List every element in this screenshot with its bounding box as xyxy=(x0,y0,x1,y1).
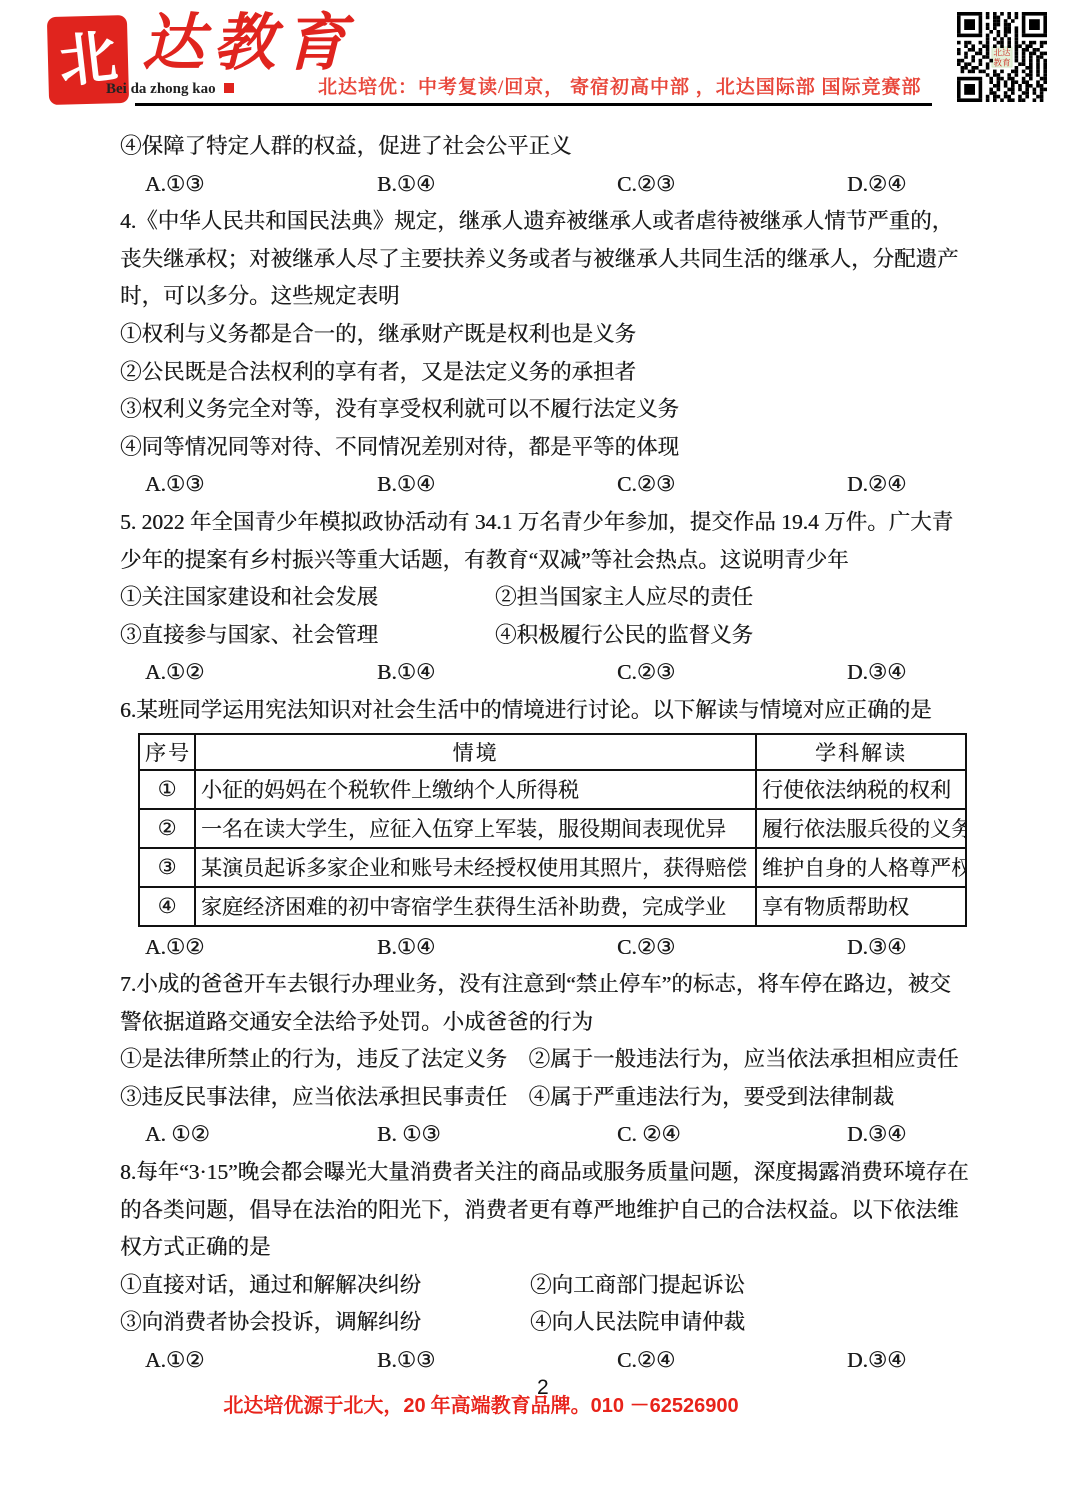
q8-stem: 8.每年“3·15”晚会都会曝光大量消费者关注的商品或服务质量问题，深度揭露消费… xyxy=(120,1154,970,1267)
row3-interpretation: 维护自身的人格尊严权 xyxy=(756,848,966,887)
q6-answer-c: C.②③ xyxy=(617,929,675,967)
table-row: ① 小征的妈妈在个税软件上缴纳个人所得税 行使依法纳税的权利 xyxy=(139,770,966,809)
q7-answer-d: D.③④ xyxy=(847,1116,906,1154)
q8-option-2: ②向工商部门提起诉讼 xyxy=(530,1267,745,1305)
q4-answer-a: A.①③ xyxy=(145,466,204,504)
q4-answer-b: B.①④ xyxy=(377,466,435,504)
q5-options-row-1: ①关注国家建设和社会发展 ②担当国家主人应尽的责任 xyxy=(120,579,970,617)
q5-answer-c: C.②③ xyxy=(617,654,675,692)
q7-answer-b: B. ①③ xyxy=(377,1116,441,1154)
row2-index: ② xyxy=(139,809,195,848)
q4-option-2: ②公民既是合法权利的享有者，又是法定义务的承担者 xyxy=(120,354,970,392)
q4-answer-d: D.②④ xyxy=(847,466,906,504)
exam-page: 北 达教育 Bei da zhong kao 北达培优：中考复读/回京， 寄宿初… xyxy=(0,0,1087,1512)
q4-option-3: ③权利义务完全对等，没有享受权利就可以不履行法定义务 xyxy=(120,391,970,429)
q3-answer-row: A.①③ B.①④ C.②③ D.②④ xyxy=(120,166,970,204)
row3-index: ③ xyxy=(139,848,195,887)
footer-phone: 010 －62526900 xyxy=(591,1395,739,1417)
q8-option-4: ④向人民法院申请仲裁 xyxy=(530,1304,745,1342)
q5-option-4: ④积极履行公民的监督义务 xyxy=(495,617,753,655)
q7-answer-a: A. ①② xyxy=(145,1116,210,1154)
q5-answer-row: A.①② B.①④ C.②③ D.③④ xyxy=(120,654,970,692)
q8-answer-c: C.②④ xyxy=(617,1342,675,1380)
row2-interpretation: 履行依法服兵役的义务 xyxy=(756,809,966,848)
q5-answer-a: A.①② xyxy=(145,654,204,692)
q5-option-3: ③直接参与国家、社会管理 xyxy=(120,623,378,647)
q8-options-row-2: ③向消费者协会投诉，调解纠纷 ④向人民法院申请仲裁 xyxy=(120,1304,970,1342)
table-row: ④ 家庭经济困难的初中寄宿学生获得生活补助费，完成学业 享有物质帮助权 xyxy=(139,887,966,926)
q5-answer-d: D.③④ xyxy=(847,654,906,692)
q7-options-row-1: ①是法律所禁止的行为，违反了法定义务 ②属于一般违法行为，应当依法承担相应责任 xyxy=(120,1041,970,1079)
q6-answer-d: D.③④ xyxy=(847,929,906,967)
q6-answer-b: B.①④ xyxy=(377,929,435,967)
q4-option-4: ④同等情况同等对待、不同情况差别对待，都是平等的体现 xyxy=(120,429,970,467)
q5-option-1: ①关注国家建设和社会发展 xyxy=(120,585,378,609)
q5-stem: 5. 2022 年全国青少年模拟政协活动有 34.1 万名青少年参加，提交作品 … xyxy=(120,504,970,579)
qr-code: 北达 教育 xyxy=(957,12,1047,102)
table-header-interpretation: 学科解读 xyxy=(756,734,966,770)
qr-center-label-line2: 教育 xyxy=(993,56,1011,67)
row2-situation: 一名在读大学生，应征入伍穿上军装，服役期间表现优异 xyxy=(195,809,756,848)
row1-interpretation: 行使依法纳税的权利 xyxy=(756,770,966,809)
table-header-row: 序号 情境 学科解读 xyxy=(139,734,966,770)
q7-stem: 7.小成的爸爸开车去银行办理业务，没有注意到“禁止停车”的标志，将车停在路边，被… xyxy=(120,966,970,1041)
question-area: ④保障了特定人群的权益，促进了社会公平正义 A.①③ B.①④ C.②③ D.②… xyxy=(120,128,970,1380)
q6-situation-table: 序号 情境 学科解读 ① 小征的妈妈在个税软件上缴纳个人所得税 行使依法纳税的权… xyxy=(138,733,967,927)
row4-interpretation: 享有物质帮助权 xyxy=(756,887,966,926)
q6-answer-a: A.①② xyxy=(145,929,204,967)
q5-options-row-2: ③直接参与国家、社会管理 ④积极履行公民的监督义务 xyxy=(120,617,970,655)
q3-answer-b: B.①④ xyxy=(377,166,435,204)
q4-answer-row: A.①③ B.①④ C.②③ D.②④ xyxy=(120,466,970,504)
q4-stem: 4.《中华人民共和国民法典》规定，继承人遗弃被继承人或者虐待被继承人情节严重的，… xyxy=(120,203,970,316)
brand-subtitle: Bei da zhong kao xyxy=(106,81,234,98)
row4-situation: 家庭经济困难的初中寄宿学生获得生活补助费，完成学业 xyxy=(195,887,756,926)
q3-option-4: ④保障了特定人群的权益，促进了社会公平正义 xyxy=(120,128,970,166)
table-header-situation: 情境 xyxy=(195,734,756,770)
q4-answer-c: C.②③ xyxy=(617,466,675,504)
q8-answer-a: A.①② xyxy=(145,1342,204,1380)
q4-option-1: ①权利与义务都是合一的，继承财产既是权利也是义务 xyxy=(120,316,970,354)
q8-answer-row: A.①② B.①③ C.②④ D.③④ xyxy=(120,1342,970,1380)
table-row: ③ 某演员起诉多家企业和账号未经授权使用其照片，获得赔偿 维护自身的人格尊严权 xyxy=(139,848,966,887)
q5-option-2: ②担当国家主人应尽的责任 xyxy=(495,579,753,617)
q8-options-row-1: ①直接对话，通过和解解决纠纷 ②向工商部门提起诉讼 xyxy=(120,1267,970,1305)
q7-answer-row: A. ①② B. ①③ C. ②④ D.③④ xyxy=(120,1116,970,1154)
q3-answer-c: C.②③ xyxy=(617,166,675,204)
q7-answer-c: C. ②④ xyxy=(617,1116,681,1154)
table-row: ② 一名在读大学生，应征入伍穿上军装，服役期间表现优异 履行依法服兵役的义务 xyxy=(139,809,966,848)
q8-option-3: ③向消费者协会投诉，调解纠纷 xyxy=(120,1310,421,1334)
q8-answer-d: D.③④ xyxy=(847,1342,906,1380)
red-square-icon xyxy=(224,83,234,93)
footer-slogan: 北达培优源于北大，20 年高端教育品牌。010 －62526900 xyxy=(0,1389,1087,1418)
q6-stem: 6.某班同学运用宪法知识对社会生活中的情境进行讨论。以下解读与情境对应正确的是 xyxy=(120,692,970,730)
table-header-index: 序号 xyxy=(139,734,195,770)
q7-options-row-2: ③违反民事法律，应当依法承担民事责任 ④属于严重违法行为，要受到法律制裁 xyxy=(120,1079,970,1117)
row3-situation: 某演员起诉多家企业和账号未经授权使用其照片，获得赔偿 xyxy=(195,848,756,887)
q3-answer-d: D.②④ xyxy=(847,166,906,204)
q3-answer-a: A.①③ xyxy=(145,166,204,204)
q5-answer-b: B.①④ xyxy=(377,654,435,692)
row4-index: ④ xyxy=(139,887,195,926)
footer-text-1: 北达培优源于北大， xyxy=(223,1395,403,1417)
row1-situation: 小征的妈妈在个税软件上缴纳个人所得税 xyxy=(195,770,756,809)
q8-answer-b: B.①③ xyxy=(377,1342,435,1380)
q6-answer-row: A.①② B.①④ C.②③ D.③④ xyxy=(120,929,970,967)
footer-years: 20 xyxy=(403,1395,425,1417)
header-divider xyxy=(135,103,932,106)
q8-option-1: ①直接对话，通过和解解决纠纷 xyxy=(120,1273,421,1297)
qr-center-label-line1: 北达 xyxy=(993,47,1011,58)
footer-text-2: 年高端教育品牌。 xyxy=(426,1395,591,1417)
brand-subtitle-text: Bei da zhong kao xyxy=(106,81,216,97)
row1-index: ① xyxy=(139,770,195,809)
header-slogan: 北达培优：中考复读/回京， 寄宿初高中部 ，北达国际部 国际竞赛部 xyxy=(318,72,922,99)
